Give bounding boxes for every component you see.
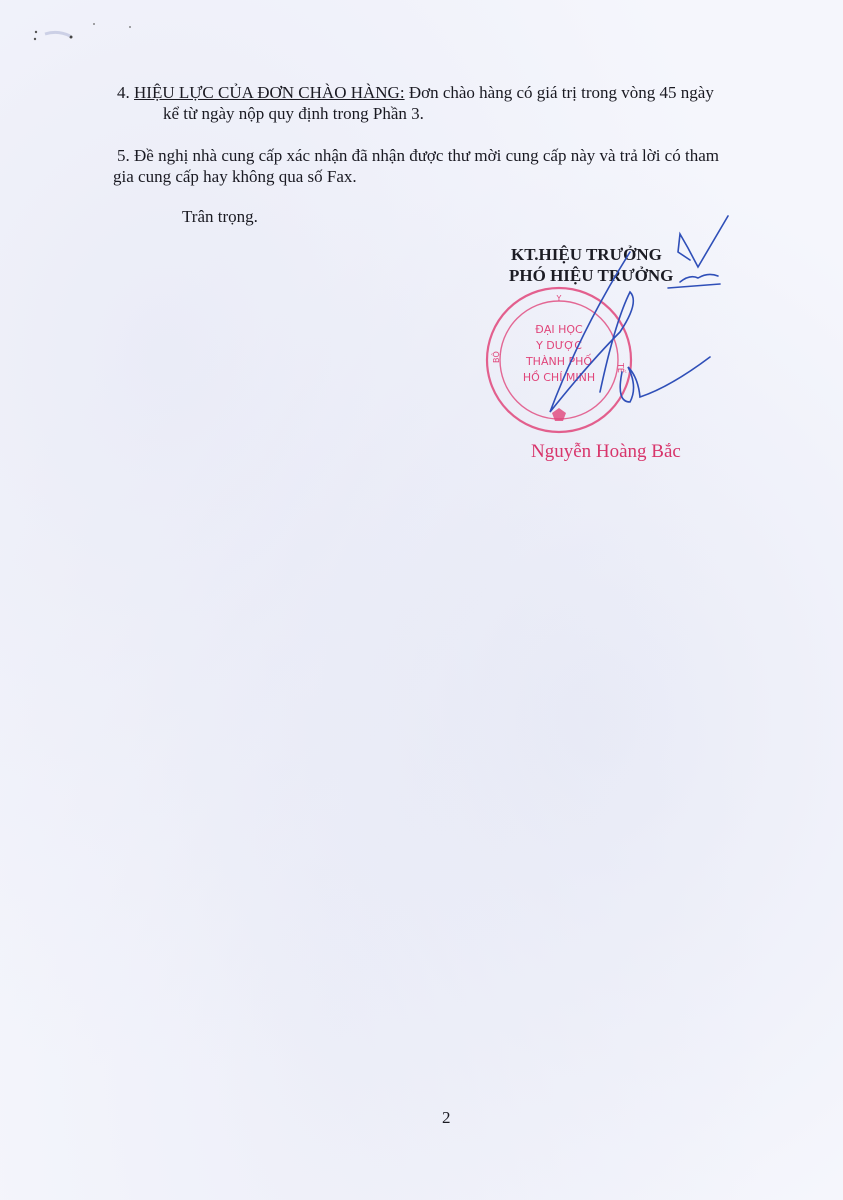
signer-name: Nguyễn Hoàng Bắc — [531, 441, 681, 463]
item-4-text: Đơn chào hàng có giá trị trong vòng 45 n… — [409, 83, 714, 102]
item-4-heading: HIỆU LỰC CỦA ĐƠN CHÀO HÀNG: — [134, 83, 405, 102]
stamp-side-left: BỘ — [490, 351, 501, 363]
scan-specks — [0, 0, 200, 60]
item-4-line1: 4. HIỆU LỰC CỦA ĐƠN CHÀO HÀNG: Đơn chào … — [117, 83, 714, 103]
document-page: 4. HIỆU LỰC CỦA ĐƠN CHÀO HÀNG: Đơn chào … — [0, 0, 843, 1200]
item-5-number: 5. — [117, 146, 130, 165]
item-5-line1: 5. Đề nghị nhà cung cấp xác nhận đã nhận… — [117, 146, 719, 166]
closing-text: Trân trọng. — [182, 207, 258, 227]
item-5-text: Đề nghị nhà cung cấp xác nhận đã nhận đư… — [134, 146, 719, 165]
item-5-line2: gia cung cấp hay không qua số Fax. — [113, 167, 357, 187]
page-number: 2 — [442, 1108, 451, 1128]
item-4-number: 4. — [117, 83, 130, 102]
item-4-line2: kể từ ngày nộp quy định trong Phần 3. — [163, 104, 424, 124]
handwritten-signature — [520, 212, 740, 427]
